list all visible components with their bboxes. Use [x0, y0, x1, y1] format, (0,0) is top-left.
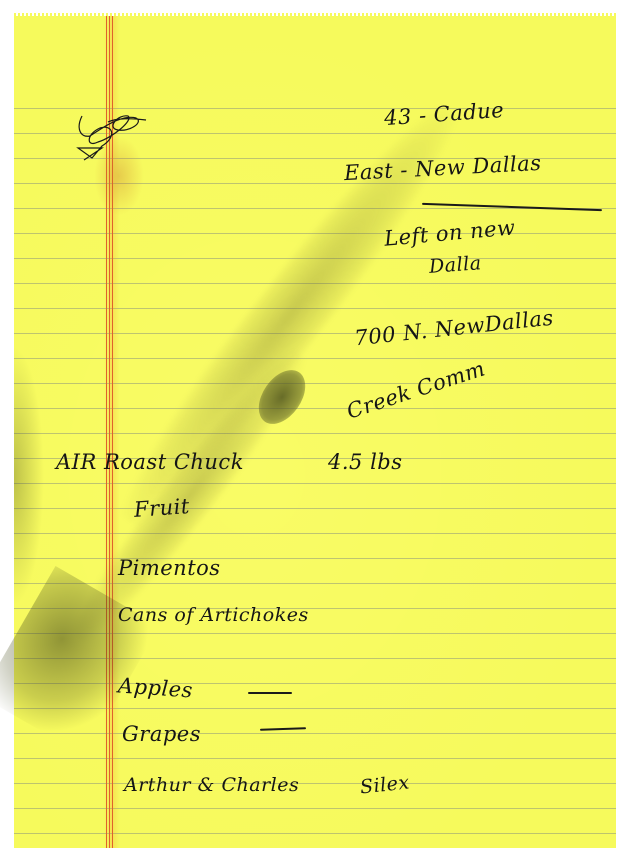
- list-item: AIR Roast Chuck: [56, 450, 244, 474]
- list-item: Arthur & Charles: [124, 774, 299, 796]
- note-line: Dalla: [428, 252, 482, 278]
- list-item-note: 4.5 lbs: [328, 450, 403, 474]
- legal-pad-page: 43 - Cadue East - New Dallas Left on new…: [14, 16, 616, 848]
- list-item: Fruit: [133, 494, 190, 522]
- dash-mark: [248, 692, 292, 694]
- list-item: Grapes: [122, 722, 201, 746]
- scribble-doodle-icon: [72, 108, 152, 178]
- left-edge-shadow: [14, 346, 44, 606]
- list-item: Pimentos: [118, 556, 221, 580]
- list-item: Apples: [117, 673, 193, 702]
- list-item: Cans of Artichokes: [118, 604, 309, 626]
